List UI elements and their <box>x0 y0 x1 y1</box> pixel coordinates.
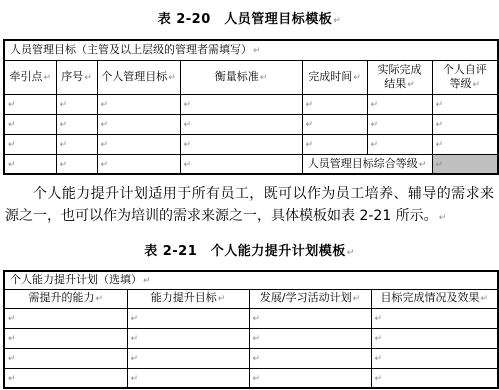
pilcrow-icon: ↵ <box>143 276 151 286</box>
pilcrow-icon: ↵ <box>8 374 16 384</box>
empty-cell[interactable]: ↵ <box>302 94 367 114</box>
pilcrow-icon: ↵ <box>436 140 444 150</box>
empty-cell[interactable]: ↵ <box>367 114 432 134</box>
empty-cell[interactable]: ↵ <box>127 328 249 348</box>
table-group-header-text: 人员管理目标（主管及以上层级的管理者需填写） <box>10 43 252 56</box>
table-row: ↵ ↵ ↵ ↵ ↵ ↵ ↵ <box>4 134 498 154</box>
pilcrow-icon: ↵ <box>253 46 261 56</box>
col-header-activity-plan: 发展/学习活动计划↵ <box>249 289 371 308</box>
col-header-measure-standard: 衡量标准↵ <box>180 60 302 94</box>
personnel-management-goal-table: 人员管理目标（主管及以上层级的管理者需填写）↵ 牵引点↵ 序号↵ 个人管理目标↵… <box>3 39 499 175</box>
pilcrow-icon: ↵ <box>60 120 68 130</box>
pilcrow-icon: ↵ <box>253 334 261 344</box>
pilcrow-icon: ↵ <box>481 294 489 304</box>
pilcrow-icon: ↵ <box>131 354 139 364</box>
col-header-self-rating: 个人自评 等级↵ <box>432 60 498 94</box>
empty-cell[interactable]: ↵ <box>180 94 302 114</box>
pilcrow-icon: ↵ <box>168 73 176 83</box>
col-header-improvement-goal: 能力提升目标↵ <box>127 289 249 308</box>
table-row: ↵ ↵ ↵ ↵ <box>4 308 498 328</box>
empty-cell[interactable]: ↵ <box>302 134 367 154</box>
empty-cell[interactable]: ↵ <box>371 328 498 348</box>
pilcrow-icon: ↵ <box>131 374 139 384</box>
col-header-actual-result: 实际完成 结果↵ <box>367 60 432 94</box>
capability-improvement-plan-table: 个人能力提升计划（选填）↵ 需提升的能力↵ 能力提升目标↵ 发展/学习活动计划↵… <box>3 270 499 389</box>
empty-cell[interactable]: ↵ <box>127 348 249 368</box>
empty-cell[interactable]: ↵ <box>371 348 498 368</box>
pilcrow-icon: ↵ <box>253 314 261 324</box>
pilcrow-icon: ↵ <box>8 314 16 324</box>
pilcrow-icon: ↵ <box>353 294 361 304</box>
pilcrow-icon: ↵ <box>436 100 444 110</box>
pilcrow-icon: ↵ <box>218 294 226 304</box>
pilcrow-icon: ↵ <box>253 354 261 364</box>
pilcrow-icon: ↵ <box>184 140 192 150</box>
body-paragraph: 个人能力提升计划适用于所有员工，既可以作为员工培养、辅导的需求来源之一，也可以作… <box>5 183 494 229</box>
pilcrow-icon: ↵ <box>95 294 103 304</box>
summary-grade-label: 人员管理目标综合等级↵ <box>302 154 432 174</box>
pilcrow-icon: ↵ <box>184 120 192 130</box>
empty-cell[interactable]: ↵ <box>371 368 498 388</box>
empty-cell[interactable]: ↵ <box>4 134 56 154</box>
col-header-result-and-effect: 目标完成情况及效果↵ <box>371 289 498 308</box>
empty-cell[interactable]: ↵ <box>367 94 432 114</box>
pilcrow-icon: ↵ <box>371 140 379 150</box>
pilcrow-icon: ↵ <box>439 213 447 223</box>
table-2-20-caption-text: 表 2-20 人员管理目标模板 <box>158 12 333 27</box>
pilcrow-icon: ↵ <box>371 120 379 130</box>
table-2-20-caption: 表 2-20 人员管理目标模板↵ <box>0 8 499 27</box>
table-row: 人员管理目标（主管及以上层级的管理者需填写）↵ <box>4 40 498 60</box>
table-row: ↵ ↵ ↵ ↵ <box>4 348 498 368</box>
empty-cell[interactable]: ↵ <box>97 114 180 134</box>
pilcrow-icon: ↵ <box>419 160 427 170</box>
table-group-header-text: 个人能力提升计划（选填） <box>10 273 142 286</box>
body-paragraph-text: 个人能力提升计划适用于所有员工，既可以作为员工培养、辅导的需求来源之一，也可以作… <box>5 186 494 224</box>
empty-cell[interactable]: ↵ <box>249 368 371 388</box>
pilcrow-icon: ↵ <box>375 314 383 324</box>
empty-cell[interactable]: ↵ <box>127 308 249 328</box>
col-header-traction-point: 牵引点↵ <box>4 60 56 94</box>
pilcrow-icon: ↵ <box>407 80 415 90</box>
empty-cell[interactable]: ↵ <box>56 114 97 134</box>
pilcrow-icon: ↵ <box>436 160 444 170</box>
pilcrow-icon: ↵ <box>8 160 16 170</box>
empty-cell[interactable]: ↵ <box>432 134 498 154</box>
empty-cell[interactable]: ↵ <box>180 134 302 154</box>
empty-cell[interactable]: ↵ <box>432 114 498 134</box>
pilcrow-icon: ↵ <box>8 100 16 110</box>
pilcrow-icon: ↵ <box>8 140 16 150</box>
table-row: ↵ ↵ ↵ ↵ ↵ ↵ ↵ <box>4 94 498 114</box>
col-header-serial-number: 序号↵ <box>56 60 97 94</box>
summary-grade-cell[interactable]: ↵ <box>432 154 498 174</box>
empty-cell[interactable]: ↵ <box>367 134 432 154</box>
empty-cell[interactable]: ↵ <box>4 114 56 134</box>
pilcrow-icon: ↵ <box>101 160 109 170</box>
pilcrow-icon: ↵ <box>101 140 109 150</box>
pilcrow-icon: ↵ <box>306 140 314 150</box>
table-group-header: 人员管理目标（主管及以上层级的管理者需填写）↵ <box>4 40 498 60</box>
pilcrow-icon: ↵ <box>60 100 68 110</box>
pilcrow-icon: ↵ <box>371 100 379 110</box>
empty-cell[interactable]: ↵ <box>4 348 127 368</box>
pilcrow-icon: ↵ <box>375 374 383 384</box>
empty-cell[interactable]: ↵ <box>302 114 367 134</box>
document-page: 表 2-20 人员管理目标模板↵ 人员管理目标（主管及以上层级的管理者需填写）↵… <box>0 0 499 390</box>
empty-cell[interactable]: ↵ <box>180 114 302 134</box>
empty-cell[interactable]: ↵ <box>432 94 498 114</box>
empty-cell[interactable]: ↵ <box>4 94 56 114</box>
pilcrow-icon: ↵ <box>260 73 268 83</box>
pilcrow-icon: ↵ <box>472 80 480 90</box>
table-row: 牵引点↵ 序号↵ 个人管理目标↵ 衡量标准↵ 完成时间↵ 实际完成 结果↵ 个人… <box>4 60 498 94</box>
table-2-21-caption: 表 2-21 个人能力提升计划模板↵ <box>0 240 499 259</box>
pilcrow-icon: ↵ <box>60 140 68 150</box>
pilcrow-icon: ↵ <box>84 73 92 83</box>
col-header-capability-to-improve: 需提升的能力↵ <box>4 289 127 308</box>
empty-cell[interactable]: ↵ <box>56 154 97 174</box>
empty-cell[interactable]: ↵ <box>249 348 371 368</box>
pilcrow-icon: ↵ <box>253 374 261 384</box>
pilcrow-icon: ↵ <box>60 160 68 170</box>
table-row: 需提升的能力↵ 能力提升目标↵ 发展/学习活动计划↵ 目标完成情况及效果↵ <box>4 289 498 308</box>
pilcrow-icon: ↵ <box>184 100 192 110</box>
pilcrow-icon: ↵ <box>375 334 383 344</box>
pilcrow-icon: ↵ <box>375 354 383 364</box>
pilcrow-icon: ↵ <box>184 160 192 170</box>
empty-cell[interactable]: ↵ <box>56 134 97 154</box>
empty-cell[interactable]: ↵ <box>56 94 97 114</box>
empty-cell[interactable]: ↵ <box>97 154 180 174</box>
empty-cell[interactable]: ↵ <box>4 308 127 328</box>
pilcrow-icon: ↵ <box>306 100 314 110</box>
pilcrow-icon: ↵ <box>306 120 314 130</box>
pilcrow-icon: ↵ <box>101 120 109 130</box>
empty-cell[interactable]: ↵ <box>4 328 127 348</box>
pilcrow-icon: ↵ <box>353 73 361 83</box>
col-header-personal-goal: 个人管理目标↵ <box>97 60 180 94</box>
empty-cell[interactable]: ↵ <box>127 368 249 388</box>
pilcrow-icon: ↵ <box>131 314 139 324</box>
table-2-21-caption-text: 表 2-21 个人能力提升计划模板 <box>144 244 346 259</box>
pilcrow-icon: ↵ <box>131 334 139 344</box>
col-header-completion-time: 完成时间↵ <box>302 60 367 94</box>
table-row: ↵ ↵ ↵ ↵ 人员管理目标综合等级↵ ↵ <box>4 154 498 174</box>
pilcrow-icon: ↵ <box>8 120 16 130</box>
pilcrow-icon: ↵ <box>101 100 109 110</box>
empty-cell[interactable]: ↵ <box>4 368 127 388</box>
pilcrow-icon: ↵ <box>43 73 51 83</box>
empty-cell[interactable]: ↵ <box>180 154 302 174</box>
pilcrow-icon: ↵ <box>8 354 16 364</box>
table-row: ↵ ↵ ↵ ↵ <box>4 368 498 388</box>
pilcrow-icon: ↵ <box>436 120 444 130</box>
empty-cell[interactable]: ↵ <box>97 94 180 114</box>
empty-cell[interactable]: ↵ <box>371 308 498 328</box>
empty-cell[interactable]: ↵ <box>4 154 56 174</box>
empty-cell[interactable]: ↵ <box>97 134 180 154</box>
table-group-header: 个人能力提升计划（选填）↵ <box>4 271 498 289</box>
empty-cell[interactable]: ↵ <box>249 328 371 348</box>
pilcrow-icon: ↵ <box>8 334 16 344</box>
table-row: ↵ ↵ ↵ ↵ <box>4 328 498 348</box>
empty-cell[interactable]: ↵ <box>249 308 371 328</box>
pilcrow-icon: ↵ <box>347 248 355 258</box>
table-row: 个人能力提升计划（选填）↵ <box>4 271 498 289</box>
table-row: ↵ ↵ ↵ ↵ ↵ ↵ ↵ <box>4 114 498 134</box>
pilcrow-icon: ↵ <box>333 16 341 26</box>
